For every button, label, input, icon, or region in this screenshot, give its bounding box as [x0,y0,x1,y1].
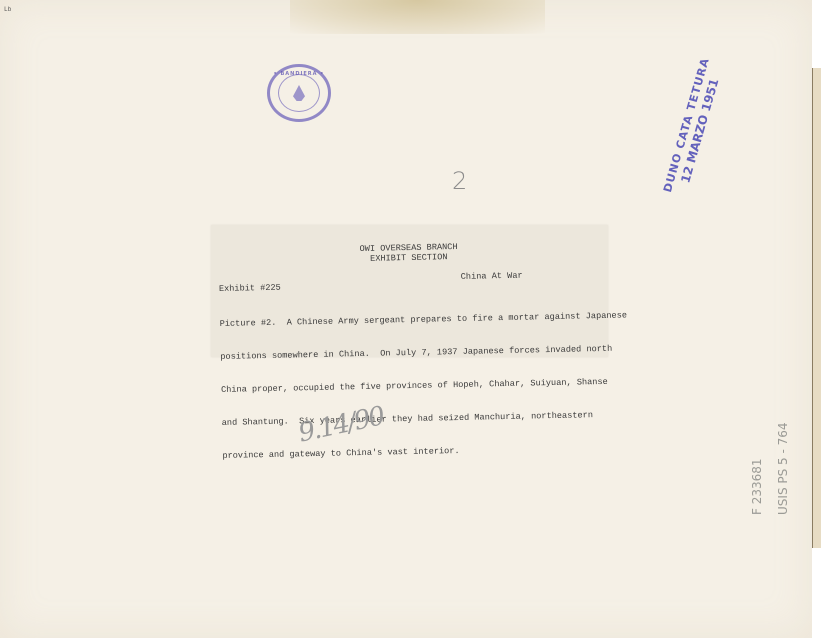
corner-mark: Lb [4,6,11,13]
photo-back-paper: Lb • BANDIERA • 2 OWI OVERSEAS BRANCH EX… [0,0,812,638]
date-stamp: DUNO CATA TETURA 12 MARZO 1951 [660,56,727,198]
exhibit-number: Exhibit #225 [219,283,281,295]
caption-line: China proper, occupied the five province… [221,377,613,396]
stamp-ring-text: • BANDIERA • [270,71,328,77]
pencil-note-id: F 233681 [750,458,764,515]
caption-line: positions somewhere in China. On July 7,… [220,344,612,363]
page-number: 2 [452,167,467,195]
caption-text: Picture #2. A Chinese Army sergeant prep… [219,289,615,484]
round-ink-stamp: • BANDIERA • [267,64,331,122]
caption-line: province and gateway to China's vast int… [222,443,614,462]
tape-stain [290,0,545,34]
mount-edge-strip [812,68,821,548]
caption-line: and Shantung. Six years earlier they had… [222,410,614,429]
series-title: China At War [461,271,523,283]
caption-label: OWI OVERSEAS BRANCH EXHIBIT SECTION Chin… [211,225,608,357]
pencil-note-ref: USIS PS 5 - 764 [776,422,790,515]
caption-line: Picture #2. A Chinese Army sergeant prep… [220,311,612,330]
